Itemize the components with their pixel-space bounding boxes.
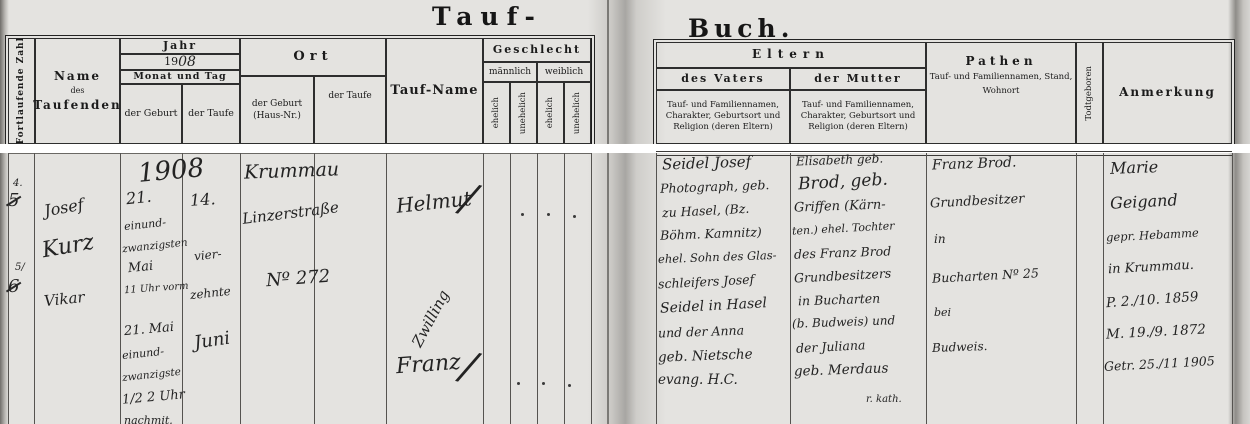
struck-number-2: 6 bbox=[8, 276, 19, 297]
vater-header: des Vaters bbox=[656, 68, 790, 90]
geschlecht-label: Geschlecht bbox=[493, 44, 581, 57]
remark-line: Marie bbox=[1110, 157, 1159, 178]
vater-desc: Tauf- und Familiennamen, Charakter, Gebu… bbox=[656, 90, 790, 144]
father-line: zu Hasel, (Bz. bbox=[662, 201, 750, 221]
jahr-label: Jahr bbox=[163, 40, 197, 53]
mother-line: Grundbesitzers bbox=[794, 265, 892, 285]
weiblich-header: weiblich bbox=[537, 62, 591, 82]
birth-place-line: Nº 272 bbox=[265, 266, 331, 291]
column-rule bbox=[120, 153, 121, 424]
godparent-line: in bbox=[934, 232, 946, 246]
vater-desc-line3: Religion (deren Eltern) bbox=[673, 123, 773, 133]
col-taufe-date: der Taufe bbox=[182, 84, 240, 144]
mother-line: Brod, geb. bbox=[798, 170, 889, 195]
godparent-line: Budweis. bbox=[932, 339, 988, 355]
mother-line: geb. Merdaus bbox=[794, 360, 889, 379]
taufname-label: Tauf-Name bbox=[390, 84, 478, 99]
jahr-handwritten: 08 bbox=[178, 54, 196, 70]
col-taufname: Tauf-Name bbox=[386, 38, 483, 144]
remark-line: gepr. Hebamme bbox=[1106, 226, 1199, 245]
anmerkung-header: Anmerkung bbox=[1103, 42, 1232, 144]
birth-place-line: Linzerstraße bbox=[241, 198, 340, 228]
eltern-header: Eltern bbox=[656, 42, 926, 68]
godparent-line: bei bbox=[934, 306, 951, 319]
col-w-ehelich: ehelich bbox=[537, 82, 564, 144]
mother-line: r. kath. bbox=[866, 394, 902, 405]
col-todtgeboren: Todtgeboren bbox=[1076, 42, 1103, 144]
baptism-date-line: zehnte bbox=[189, 284, 231, 302]
column-rule bbox=[591, 153, 592, 424]
running-number-struck-2: 6 bbox=[8, 276, 19, 297]
column-rule bbox=[564, 153, 565, 424]
vater-desc-line2: Charakter, Geburtsort und bbox=[666, 112, 781, 122]
baptizer-line-1: Josef bbox=[43, 195, 85, 221]
year-written: 1908 bbox=[137, 153, 206, 189]
father-line: Photograph, geb. bbox=[660, 177, 770, 196]
mother-line: in Bucharten bbox=[798, 291, 881, 309]
remark-line: in Krummau. bbox=[1108, 258, 1195, 277]
column-rule bbox=[790, 153, 791, 424]
w-ehelich-label: ehelich bbox=[546, 97, 556, 128]
baptism-date-line: 14. bbox=[189, 189, 216, 210]
birth-date-line: 21. Mai bbox=[123, 320, 174, 339]
father-line: ehel. Sohn des Glas- bbox=[658, 248, 777, 266]
birth-date-line: 1/2 2 Uhr bbox=[121, 387, 185, 407]
ditto-dot bbox=[542, 382, 545, 385]
birth-date-line: einund- bbox=[123, 216, 166, 233]
ditto-dot bbox=[521, 213, 524, 216]
m-ehelich-label: ehelich bbox=[492, 97, 502, 128]
remark-line: Geigand bbox=[1110, 190, 1179, 213]
geburt-sub-label: der Geburt bbox=[124, 109, 177, 120]
baptism-date-line: vier- bbox=[193, 247, 222, 264]
vater-label: des Vaters bbox=[681, 73, 764, 86]
mother-line: (b. Budweis) und bbox=[792, 313, 896, 331]
column-rule bbox=[510, 153, 511, 424]
ort-label: Ort bbox=[293, 50, 332, 65]
pathen-desc-line2: Wohnort bbox=[983, 87, 1020, 97]
column-rule bbox=[34, 153, 35, 424]
pathen-desc-line1: Tauf- und Familiennamen, Stand, bbox=[930, 73, 1073, 83]
mother-line: ten.) ehel. Tochter bbox=[792, 219, 895, 237]
baptizer-line-2: Kurz bbox=[40, 230, 96, 264]
column-rule bbox=[240, 153, 241, 424]
ort-taufe-label: der Taufe bbox=[328, 91, 371, 101]
mother-line: Griffen (Kärn- bbox=[794, 197, 886, 215]
birth-date-line: Mai bbox=[127, 259, 154, 277]
pathen-label: Pathen bbox=[965, 55, 1036, 69]
godparent-line: Bucharten Nº 25 bbox=[932, 265, 1039, 286]
anmerkung-label: Anmerkung bbox=[1119, 86, 1216, 100]
running-number-struck-1: 5 bbox=[8, 190, 19, 211]
twin-note: Zwilling bbox=[408, 287, 453, 350]
vater-desc-line1: Tauf- und Familiennamen, bbox=[667, 101, 779, 111]
maennlich-header: männlich bbox=[483, 62, 537, 82]
ditto-dot bbox=[568, 384, 571, 387]
mutter-desc: Tauf- und Familiennamen, Charakter, Gebu… bbox=[790, 90, 926, 144]
birth-date-line: nachmit. bbox=[124, 414, 173, 424]
w-unehelich-label: unehelich bbox=[573, 92, 583, 134]
geschlecht-header: Geschlecht bbox=[483, 38, 591, 62]
column-rule bbox=[386, 153, 387, 424]
baptizer-line-3: Vikar bbox=[43, 288, 85, 310]
page-title-right: Buch. bbox=[688, 14, 794, 43]
ditto-dot bbox=[547, 213, 550, 216]
name-label-mid: des bbox=[71, 86, 85, 95]
running-number-small-1: 4. bbox=[13, 178, 23, 189]
col-name: Name des Taufenden bbox=[35, 38, 120, 144]
body-top-rule-left bbox=[8, 153, 591, 154]
running-number-small-2: 5/ bbox=[15, 262, 25, 273]
jahr-header: Jahr bbox=[120, 38, 240, 54]
baptism-register-scan: Tauf- Buch. Fortlaufende Zahl Name des T… bbox=[0, 0, 1250, 424]
ort-geburt-line2: (Haus-Nr.) bbox=[253, 111, 301, 121]
col-m-ehelich: ehelich bbox=[483, 82, 510, 144]
col-ort-geburt: der Geburt (Haus-Nr.) bbox=[240, 76, 314, 144]
birth-date-line: zwanzigsten bbox=[122, 237, 189, 256]
baptism-date-line: Juni bbox=[193, 328, 232, 354]
col-w-unehelich: unehelich bbox=[564, 82, 591, 144]
page-title-left: Tauf- bbox=[432, 2, 543, 31]
birth-place-line: Krummau bbox=[244, 158, 340, 183]
mutter-desc-line1: Tauf- und Familiennamen, bbox=[802, 101, 914, 111]
column-rule bbox=[1103, 153, 1104, 424]
mutter-label: der Mutter bbox=[814, 73, 901, 86]
birth-date-line: zwanzigste bbox=[122, 366, 182, 384]
weiblich-label: weiblich bbox=[545, 67, 583, 77]
mutter-desc-line3: Religion (deren Eltern) bbox=[808, 123, 908, 133]
father-line: geb. Nietsche bbox=[658, 346, 753, 365]
column-rule bbox=[314, 153, 315, 424]
maennlich-label: männlich bbox=[489, 67, 531, 77]
child-name-2: Franz bbox=[395, 350, 461, 379]
mother-line: der Juliana bbox=[796, 337, 866, 356]
godparent-line: Grundbesitzer bbox=[930, 192, 1025, 212]
birth-date-line: 21. bbox=[125, 187, 152, 209]
mutter-header: der Mutter bbox=[790, 68, 926, 90]
mutter-desc-line2: Charakter, Geburtsort und bbox=[801, 112, 916, 122]
mother-line: Elisabeth geb. bbox=[796, 151, 884, 168]
remark-line: Getr. 25./11 1905 bbox=[1104, 353, 1215, 374]
struck-number-1: 5 bbox=[8, 190, 19, 211]
jahr-print: 19 bbox=[164, 56, 178, 69]
pathen-header: Pathen Tauf- und Familiennamen, Stand, W… bbox=[926, 42, 1076, 144]
col-running-number: Fortlaufende Zahl bbox=[8, 38, 35, 144]
column-rule bbox=[537, 153, 538, 424]
m-unehelich-label: unehelich bbox=[519, 92, 529, 134]
ort-header: Ort bbox=[240, 38, 386, 76]
column-rule bbox=[656, 153, 657, 424]
monat-tag-header: Monat und Tag bbox=[120, 70, 240, 84]
monat-tag-label: Monat und Tag bbox=[133, 72, 226, 83]
ditto-dot bbox=[573, 215, 576, 218]
col-ort-taufe: der Taufe bbox=[314, 76, 386, 144]
ditto-dot bbox=[517, 382, 520, 385]
father-line: Seidel Josef bbox=[662, 152, 752, 173]
father-line: und der Anna bbox=[658, 323, 744, 341]
eltern-label: Eltern bbox=[752, 48, 830, 62]
page-fold-line bbox=[607, 0, 609, 424]
birth-date-line: einund- bbox=[121, 345, 164, 362]
birth-date-line: 11 Uhr vorm bbox=[124, 281, 189, 296]
mother-line: des Franz Brod bbox=[794, 243, 892, 261]
name-label-bottom: Taufenden bbox=[33, 99, 122, 113]
name-label-top: Name bbox=[54, 70, 101, 84]
col-m-unehelich: unehelich bbox=[510, 82, 537, 144]
remark-line: P. 2./10. 1859 bbox=[1106, 289, 1199, 311]
running-number-label: Fortlaufende Zahl bbox=[16, 37, 26, 144]
father-line: Böhm. Kamnitz) bbox=[660, 224, 762, 243]
column-rule bbox=[483, 153, 484, 424]
godparent-line: Franz Brod. bbox=[932, 155, 1017, 174]
father-line: evang. H.C. bbox=[658, 372, 738, 388]
column-rule bbox=[1076, 153, 1077, 424]
col-geburt-date: der Geburt bbox=[120, 84, 182, 144]
page-fold-shadow bbox=[588, 0, 666, 424]
father-line: Seidel in Hasel bbox=[660, 295, 768, 317]
jahr-value-cell: 19 08 bbox=[120, 54, 240, 70]
taufe-sub-label: der Taufe bbox=[188, 109, 234, 120]
ort-geburt-line1: der Geburt bbox=[252, 99, 302, 109]
father-line: schleifers Josef bbox=[658, 271, 755, 291]
remark-line: M. 19./9. 1872 bbox=[1106, 321, 1207, 342]
column-rule bbox=[926, 153, 927, 424]
todtgeboren-label: Todtgeboren bbox=[1085, 66, 1095, 121]
column-rule bbox=[1232, 153, 1233, 424]
